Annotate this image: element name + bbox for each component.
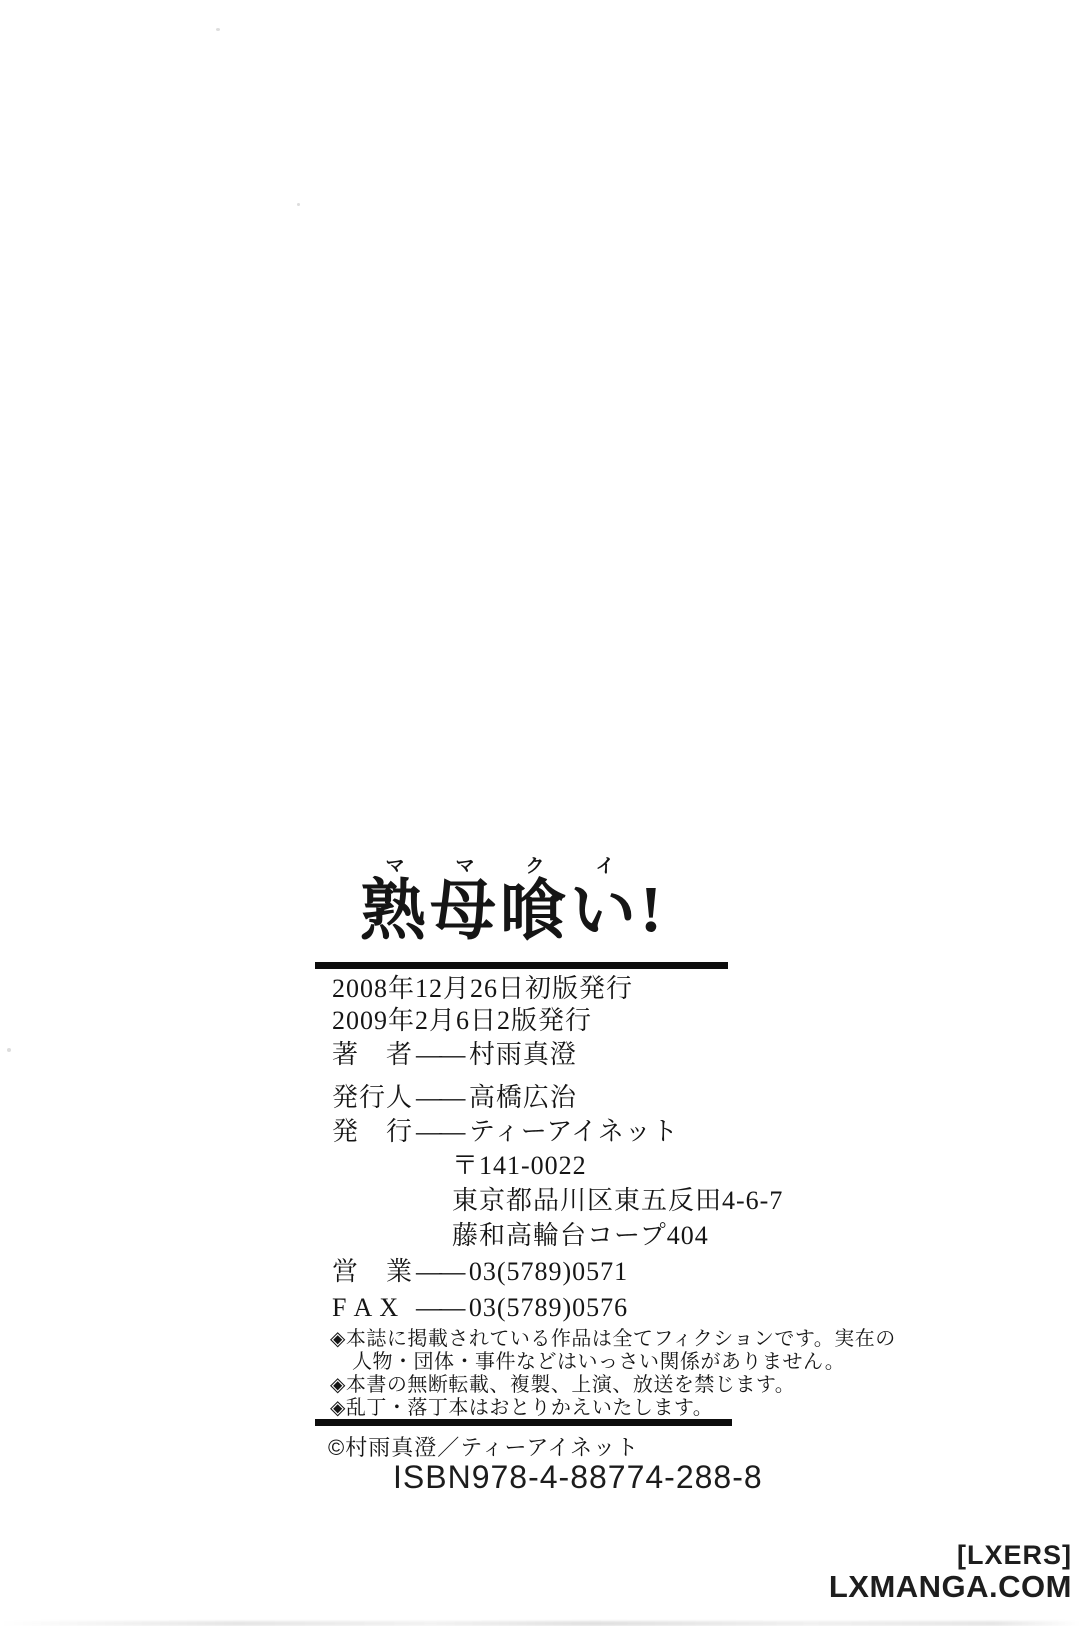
divider-rule-bottom [315, 1419, 732, 1426]
furigana-3: ク [500, 856, 570, 877]
contact-sales-number: 03(5789)0571 [469, 1257, 628, 1286]
furigana-4: イ [570, 856, 640, 877]
notice-fiction-1: ◈本誌に掲載されている作品は全てフィクションです。実在の [330, 1328, 896, 1351]
contact-fax-number: 03(5789)0576 [469, 1293, 628, 1322]
furigana-1: マ [360, 856, 430, 877]
credit-author-value: 村雨真澄 [469, 1040, 577, 1069]
contact-fax-dash: —— [416, 1293, 469, 1322]
notice-fiction-2: 人物・団体・事件などはいっさい関係がありません。 [352, 1351, 845, 1374]
credit-author-label: 著 者 [332, 1040, 416, 1070]
notice-no-reproduction: ◈本書の無断転載、複製、上演、放送を禁じます。 [330, 1374, 795, 1397]
credit-publisher-label: 発 行 [332, 1117, 416, 1147]
furigana-2: マ [430, 856, 500, 877]
credit-author-dash: —— [416, 1040, 469, 1069]
edition-first-printing: 2008年12月26日初版発行 [332, 974, 633, 1004]
title-exclamation: ! [640, 877, 666, 943]
title-char-3: 喰ク [500, 875, 570, 948]
scan-speck [297, 203, 300, 206]
watermark-group-name: [LXERS] [829, 1540, 1072, 1570]
credit-publisher-person: 発行人——高橋広治 [332, 1083, 577, 1113]
divider-rule-top [315, 962, 728, 969]
edition-second-printing: 2009年2月6日2版発行 [332, 1006, 592, 1036]
scan-page-edge-artifact [0, 1621, 1080, 1626]
contact-sales: 営 業——03(5789)0571 [332, 1257, 628, 1287]
credit-publisher-person-value: 高橋広治 [469, 1083, 577, 1112]
credit-publisher-dash: —— [416, 1117, 469, 1146]
isbn-number: ISBN978-4-88774-288-8 [393, 1459, 763, 1496]
credit-publisher: 発 行——ティーアイネット [332, 1117, 679, 1147]
address-line-1: 東京都品川区東五反田4-6-7 [452, 1186, 783, 1216]
credit-author: 著 者——村雨真澄 [332, 1040, 577, 1070]
scan-speck [216, 28, 220, 31]
copyright-line: ©村雨真澄／ティーアイネット [328, 1431, 639, 1462]
book-title: 熟マ母マ喰クいイ! [360, 856, 666, 945]
contact-sales-dash: —— [416, 1257, 469, 1286]
credit-publisher-person-dash: —— [416, 1083, 469, 1112]
site-watermark: [LXERS] LXMANGA.COM [829, 1540, 1072, 1605]
credit-publisher-person-label: 発行人 [332, 1083, 416, 1113]
colophon-page: 熟マ母マ喰クいイ! 2008年12月26日初版発行 2009年2月6日2版発行 … [0, 0, 1080, 1626]
scan-speck [7, 1048, 11, 1052]
contact-fax: F A X——03(5789)0576 [332, 1293, 628, 1323]
title-char-2: 母マ [430, 875, 500, 948]
contact-sales-label: 営 業 [332, 1257, 416, 1287]
watermark-site-url: LXMANGA.COM [829, 1570, 1072, 1605]
address-postal-code: 〒141-0022 [452, 1151, 587, 1181]
title-char-4: いイ [570, 875, 640, 948]
notice-replacement: ◈乱丁・落丁本はおとりかえいたします。 [330, 1397, 713, 1420]
credit-publisher-value: ティーアイネット [469, 1117, 679, 1146]
address-line-2: 藤和高輪台コープ404 [452, 1221, 709, 1251]
title-char-1: 熟マ [360, 875, 430, 948]
contact-fax-label: F A X [332, 1293, 416, 1323]
